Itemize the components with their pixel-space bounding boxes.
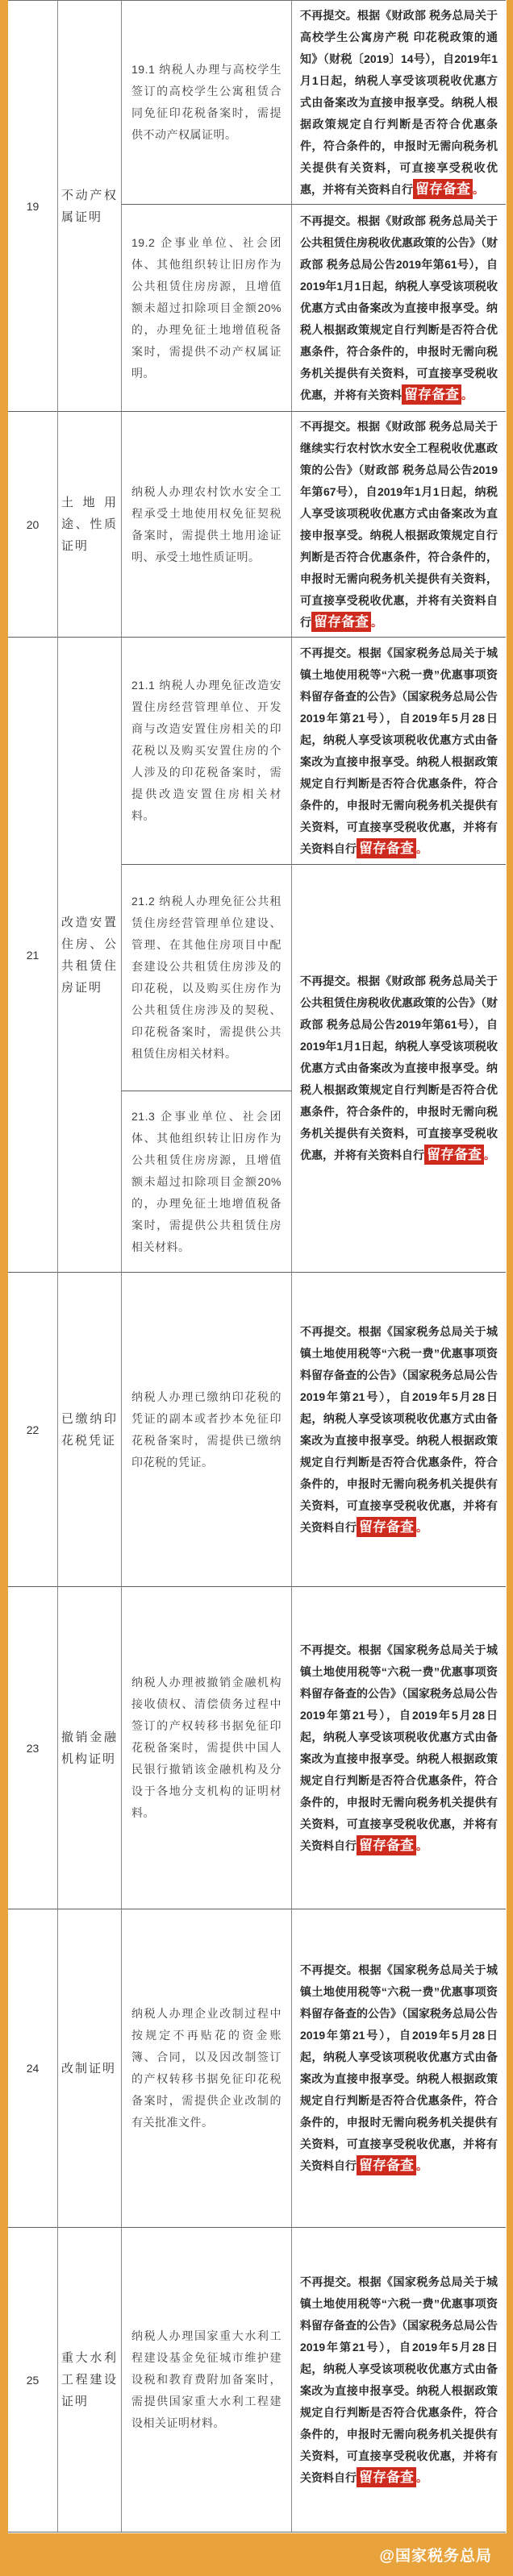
keep-for-review-badge: 留存备查 xyxy=(424,1145,484,1165)
keep-for-review-badge: 留存备查 xyxy=(357,1517,416,1537)
description-cell: 21.2 纳税人办理免征公共租赁住房经营管理单位建设、管理、在其他住房项目中配套… xyxy=(122,865,292,1091)
keep-for-review-badge: 留存备查 xyxy=(357,1835,416,1855)
description-text: 纳税人办理国家重大水利工程建设基金免征城市维护建设税和教育费附加备案时，需提供国… xyxy=(131,2325,282,2434)
keep-for-review-badge: 留存备查 xyxy=(413,179,473,199)
row-number: 22 xyxy=(8,1273,58,1587)
policy-text: 不再提交。根据《财政部 税务总局关于继续实行农村饮水安全工程税收优惠政策的公告》… xyxy=(300,420,498,629)
description-cell: 纳税人办理国家重大水利工程建设基金免征城市维护建设税和教育费附加备案时，需提供国… xyxy=(122,2228,292,2532)
tax-bureau-watermark: @国家税务总局 xyxy=(379,2544,513,2566)
badge-period: 。 xyxy=(484,1149,495,1161)
description-cell: 19.2 企事业单位、社会团体、其他组织转让旧房作为公共租赁住房房源，且增值额未… xyxy=(122,205,292,412)
left-page-border xyxy=(0,0,8,2576)
category-label: 改制证明 xyxy=(61,2058,118,2079)
policy-text: 不再提交。根据《国家税务总局关于城镇土地使用税等“六税一费”优惠事项资料留存备查… xyxy=(300,646,498,855)
description-cell: 纳税人办理农村饮水安全工程承受土地使用权免征契税备案时，需提供土地用途证明、承受… xyxy=(122,412,292,638)
policy-text: 不再提交。根据《财政部 税务总局关于公共租赁住房税收优惠政策的公告》（财政部 税… xyxy=(300,974,498,1161)
description-text: 21.3 企事业单位、社会团体、其他组织转让旧房作为公共租赁住房房源，且增值额未… xyxy=(131,1106,282,1258)
footer-band: @国家税务总局 xyxy=(0,2533,513,2576)
keep-for-review-badge: 留存备查 xyxy=(357,2155,416,2175)
policy-cell: 不再提交。根据《财政部 税务总局关于公共租赁住房税收优惠政策的公告》（财政部 税… xyxy=(292,205,506,412)
description-text: 19.2 企事业单位、社会团体、其他组织转让旧房作为公共租赁住房房源，且增值额未… xyxy=(131,232,282,384)
keep-for-review-badge: 留存备查 xyxy=(402,384,461,405)
description-text: 21.2 纳税人办理免征公共租赁住房经营管理单位建设、管理、在其他住房项目中配套… xyxy=(131,891,282,1065)
keep-for-review-badge: 留存备查 xyxy=(357,2467,416,2487)
badge-period: 。 xyxy=(416,1839,427,1852)
keep-for-review-badge: 留存备查 xyxy=(357,838,416,858)
category-label: 不动产权属证明 xyxy=(61,185,118,228)
row-number: 19 xyxy=(8,1,58,412)
policy-cell: 不再提交。根据《国家税务总局关于城镇土地使用税等“六税一费”优惠事项资料留存备查… xyxy=(292,1587,506,1909)
policy-text: 不再提交。根据《国家税务总局关于城镇土地使用税等“六税一费”优惠事项资料留存备查… xyxy=(300,2275,498,2484)
category-label: 已缴纳印花税凭证 xyxy=(61,1408,118,1452)
policy-cell: 不再提交。根据《国家税务总局关于城镇土地使用税等“六税一费”优惠事项资料留存备查… xyxy=(292,638,506,865)
description-cell: 纳税人办理被撤销金融机构接收债权、清偿债务过程中签订的产权转移书据免征印花税备案… xyxy=(122,1587,292,1909)
description-text: 纳税人办理被撤销金融机构接收债权、清偿债务过程中签订的产权转移书据免征印花税备案… xyxy=(131,1672,282,1824)
badge-period: 。 xyxy=(371,616,382,629)
policy-cell: 不再提交。根据《国家税务总局关于城镇土地使用税等“六税一费”优惠事项资料留存备查… xyxy=(292,1909,506,2228)
policy-cell: 不再提交。根据《财政部 税务总局关于高校学生公寓房产税 印花税政策的通知》（财税… xyxy=(292,1,506,205)
category-cell: 撤销金融机构证明 xyxy=(58,1587,122,1909)
description-text: 纳税人办理农村饮水安全工程承受土地使用权免征契税备案时，需提供土地用途证明、承受… xyxy=(131,481,282,568)
badge-period: 。 xyxy=(416,1521,427,1534)
keep-for-review-badge: 留存备查 xyxy=(311,612,371,632)
badge-period: 。 xyxy=(473,183,484,196)
description-text: 纳税人办理企业改制过程中按规定不再贴花的资金账簿、合同，以及因改制签订的产权转移… xyxy=(131,2003,282,2134)
policy-cell: 不再提交。根据《国家税务总局关于城镇土地使用税等“六税一费”优惠事项资料留存备查… xyxy=(292,2228,506,2532)
policy-text: 不再提交。根据《财政部 税务总局关于公共租赁住房税收优惠政策的公告》（财政部 税… xyxy=(300,214,498,401)
policy-cell: 不再提交。根据《财政部 税务总局关于继续实行农村饮水安全工程税收优惠政策的公告》… xyxy=(292,412,506,638)
description-text: 19.1 纳税人办理与高校学生签订的高校学生公寓租赁合同免征印花税备案时，需提供… xyxy=(131,59,282,146)
category-cell: 改制证明 xyxy=(58,1909,122,2228)
category-cell: 已缴纳印花税凭证 xyxy=(58,1273,122,1587)
policy-text: 不再提交。根据《国家税务总局关于城镇土地使用税等“六税一费”优惠事项资料留存备查… xyxy=(300,1325,498,1534)
description-text: 21.1 纳税人办理免征改造安置住房经营管理单位、开发商与改造安置住房相关的印花… xyxy=(131,675,282,827)
badge-period: 。 xyxy=(416,842,427,855)
policy-cell-merged: 不再提交。根据《财政部 税务总局关于公共租赁住房税收优惠政策的公告》（财政部 税… xyxy=(292,865,506,1273)
category-cell: 不动产权属证明 xyxy=(58,1,122,412)
right-page-border xyxy=(507,0,513,2576)
description-cell: 19.1 纳税人办理与高校学生签订的高校学生公寓租赁合同免征印花税备案时，需提供… xyxy=(122,1,292,205)
category-cell: 土地用途、性质证明 xyxy=(58,412,122,638)
row-number: 23 xyxy=(8,1587,58,1909)
badge-period: 。 xyxy=(461,388,473,401)
row-number: 25 xyxy=(8,2228,58,2532)
description-cell: 纳税人办理企业改制过程中按规定不再贴花的资金账簿、合同，以及因改制签订的产权转移… xyxy=(122,1909,292,2228)
category-cell: 重大水利工程建设证明 xyxy=(58,2228,122,2532)
document-page: 19 不动产权属证明 19.1 纳税人办理与高校学生签订的高校学生公寓租赁合同免… xyxy=(0,0,513,2576)
description-cell: 21.3 企事业单位、社会团体、其他组织转让旧房作为公共租赁住房房源，且增值额未… xyxy=(122,1091,292,1273)
description-cell: 纳税人办理已缴纳印花税的凭证的副本或者抄本免征印花税备案时，需提供已缴纳印花税的… xyxy=(122,1273,292,1587)
policy-text: 不再提交。根据《国家税务总局关于城镇土地使用税等“六税一费”优惠事项资料留存备查… xyxy=(300,1963,498,2172)
category-label: 土地用途、性质证明 xyxy=(61,492,118,557)
description-text: 纳税人办理已缴纳印花税的凭证的副本或者抄本免征印花税备案时，需提供已缴纳印花税的… xyxy=(131,1386,282,1473)
policy-text: 不再提交。根据《财政部 税务总局关于高校学生公寓房产税 印花税政策的通知》（财税… xyxy=(300,9,498,196)
category-cell: 改造安置住房、公共租赁住房证明 xyxy=(58,638,122,1273)
badge-period: 。 xyxy=(416,2471,427,2484)
badge-period: 。 xyxy=(416,2159,427,2172)
description-cell: 21.1 纳税人办理免征改造安置住房经营管理单位、开发商与改造安置住房相关的印花… xyxy=(122,638,292,865)
row-number: 20 xyxy=(8,412,58,638)
row-number: 24 xyxy=(8,1909,58,2228)
category-label: 重大水利工程建设证明 xyxy=(61,2347,118,2412)
category-label: 撤销金融机构证明 xyxy=(61,1726,118,1770)
row-number: 21 xyxy=(8,638,58,1273)
category-label: 改造安置住房、公共租赁住房证明 xyxy=(61,912,118,999)
policy-text: 不再提交。根据《国家税务总局关于城镇土地使用税等“六税一费”优惠事项资料留存备查… xyxy=(300,1643,498,1852)
tax-items-table: 19 不动产权属证明 19.1 纳税人办理与高校学生签订的高校学生公寓租赁合同免… xyxy=(8,0,506,2532)
policy-cell: 不再提交。根据《国家税务总局关于城镇土地使用税等“六税一费”优惠事项资料留存备查… xyxy=(292,1273,506,1587)
